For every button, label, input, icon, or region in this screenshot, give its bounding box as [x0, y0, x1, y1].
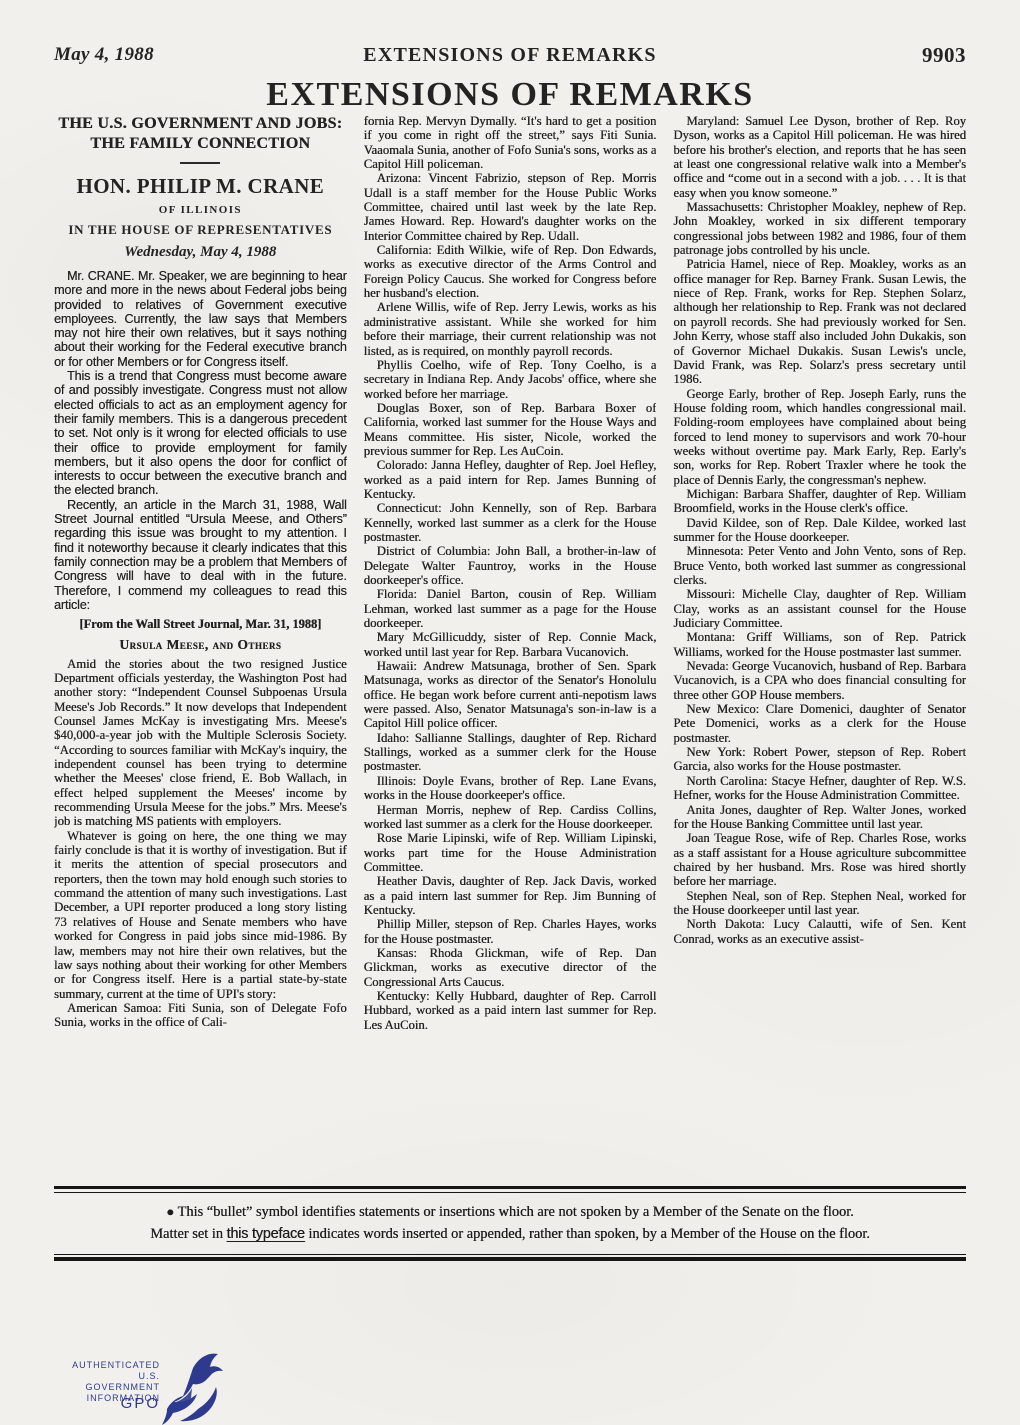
paragraph: North Carolina: Stacye Hefner, daughter … [673, 774, 966, 803]
footnote-line-2-prefix: Matter set in [150, 1226, 226, 1242]
paragraph: Mr. CRANE. Mr. Speaker, we are beginning… [54, 269, 347, 369]
paragraph: Recently, an article in the March 31, 19… [54, 498, 347, 612]
text-columns: THE U.S. GOVERNMENT AND JOBS: THE FAMILY… [54, 114, 966, 1186]
speaker-name: HON. PHILIP M. CRANE [54, 174, 347, 198]
footnote-line-2-suffix: indicates words inserted or appended, ra… [305, 1226, 870, 1242]
footnote-top-rule [54, 1186, 966, 1193]
paragraph: Rose Marie Lipinski, wife of Rep. Willia… [364, 831, 657, 874]
paragraph: Missouri: Michelle Clay, daughter of Rep… [673, 587, 966, 630]
paragraph: Mary McGillicuddy, sister of Rep. Connie… [364, 630, 657, 659]
paragraph: Florida: Daniel Barton, cousin of Rep. W… [364, 587, 657, 630]
paragraph: American Samoa: Fiti Sunia, son of Deleg… [54, 1001, 347, 1030]
paragraph: Michigan: Barbara Shaffer, daughter of R… [673, 487, 966, 516]
paragraph: Connecticut: John Kennelly, son of Rep. … [364, 501, 657, 544]
paragraph: Anita Jones, daughter of Rep. Walter Jon… [673, 803, 966, 832]
paragraph: This is a trend that Congress must becom… [54, 369, 347, 498]
paragraph: Nevada: George Vucanovich, husband of Re… [673, 659, 966, 702]
footnote-bottom-rule [54, 1254, 966, 1261]
paragraph: Joan Teague Rose, wife of Rep. Charles R… [673, 831, 966, 888]
paragraph: Douglas Boxer, son of Rep. Barbara Boxer… [364, 401, 657, 458]
gpo-abbreviation: GPO [100, 1396, 160, 1412]
section-masthead: EXTENSIONS OF REMARKS [0, 76, 1020, 114]
paragraph: District of Columbia: John Ball, a broth… [364, 544, 657, 587]
gpo-eagle-icon [162, 1352, 224, 1425]
paragraph: Colorado: Janna Hefley, daughter of Rep.… [364, 458, 657, 501]
column-3: Maryland: Samuel Lee Dyson, brother of R… [673, 114, 966, 1186]
footnote-line-1: ● This “bullet” symbol identifies statem… [54, 1203, 966, 1221]
congressional-record-page: May 4, 1988 EXTENSIONS OF REMARKS 9903 E… [0, 0, 1020, 1425]
paragraph: Phillip Miller, stepson of Rep. Charles … [364, 917, 657, 946]
footnote-typeface-sample: this typeface [227, 1226, 305, 1242]
spoken-remarks: Mr. CRANE. Mr. Speaker, we are beginning… [54, 269, 347, 612]
bullet-icon: ● [166, 1204, 174, 1219]
speaker-state: OF ILLINOIS [54, 204, 347, 217]
kicker-divider [180, 162, 220, 164]
paragraph: New Mexico: Clare Domenici, daughter of … [673, 702, 966, 745]
paragraph: Montana: Griff Williams, son of Rep. Pat… [673, 630, 966, 659]
paragraph: David Kildee, son of Rep. Dale Kildee, w… [673, 516, 966, 545]
paragraph: Idaho: Sallianne Stallings, daughter of … [364, 731, 657, 774]
typeface-footnote: ● This “bullet” symbol identifies statem… [54, 1186, 966, 1261]
gpo-text-line-1: AUTHENTICATED [64, 1360, 160, 1371]
reprinted-article-title: Ursula Meese, and Others [54, 637, 347, 653]
paragraph: Phyllis Coelho, wife of Rep. Tony Coelho… [364, 358, 657, 401]
gpo-authentication-logo: AUTHENTICATED U.S. GOVERNMENT INFORMATIO… [64, 1356, 234, 1422]
source-citation: [From the Wall Street Journal, Mar. 31, … [54, 617, 347, 632]
footnote-line-2: Matter set in this typeface indicates wo… [54, 1226, 966, 1243]
paragraph: Arlene Willis, wife of Rep. Jerry Lewis,… [364, 300, 657, 357]
paragraph: Whatever is going on here, the one thing… [54, 829, 347, 1001]
gpo-text-line-2: U.S. GOVERNMENT [64, 1371, 160, 1393]
paragraph: Illinois: Doyle Evans, brother of Rep. L… [364, 774, 657, 803]
paragraph: Patricia Hamel, niece of Rep. Moakley, w… [673, 257, 966, 386]
paragraph: Heather Davis, daughter of Rep. Jack Dav… [364, 874, 657, 917]
paragraph: Arizona: Vincent Fabrizio, stepson of Re… [364, 171, 657, 243]
column-2: fornia Rep. Mervyn Dymally. “It's hard t… [364, 114, 657, 1186]
paragraph: Amid the stories about the two resigned … [54, 657, 347, 829]
column-1: THE U.S. GOVERNMENT AND JOBS: THE FAMILY… [54, 114, 347, 1186]
paragraph: California: Edith Wilkie, wife of Rep. D… [364, 243, 657, 300]
paragraph: fornia Rep. Mervyn Dymally. “It's hard t… [364, 114, 657, 171]
paragraph: Minnesota: Peter Vento and John Vento, s… [673, 544, 966, 587]
chamber-line: IN THE HOUSE OF REPRESENTATIVES [54, 222, 347, 237]
session-dateline: Wednesday, May 4, 1988 [54, 244, 347, 261]
footnote-line-1-text: This “bullet” symbol identifies statemen… [174, 1204, 854, 1220]
paragraph: Stephen Neal, son of Rep. Stephen Neal, … [673, 889, 966, 918]
running-title: EXTENSIONS OF REMARKS [54, 44, 966, 66]
reprinted-article-body: Amid the stories about the two resigned … [54, 657, 347, 1030]
paragraph: Kentucky: Kelly Hubbard, daughter of Rep… [364, 989, 657, 1032]
running-head: May 4, 1988 EXTENSIONS OF REMARKS 9903 [54, 44, 966, 74]
paragraph: North Dakota: Lucy Calautti, wife of Sen… [673, 917, 966, 946]
paragraph: Maryland: Samuel Lee Dyson, brother of R… [673, 114, 966, 200]
paragraph: Hawaii: Andrew Matsunaga, brother of Sen… [364, 659, 657, 731]
paragraph: Kansas: Rhoda Glickman, wife of Rep. Dan… [364, 946, 657, 989]
paragraph: New York: Robert Power, stepson of Rep. … [673, 745, 966, 774]
page-number: 9903 [922, 44, 966, 66]
paragraph: Herman Morris, nephew of Rep. Cardiss Co… [364, 803, 657, 832]
article-kicker: THE U.S. GOVERNMENT AND JOBS: THE FAMILY… [54, 114, 347, 154]
paragraph: Massachusetts: Christopher Moakley, neph… [673, 200, 966, 257]
paragraph: George Early, brother of Rep. Joseph Ear… [673, 387, 966, 487]
